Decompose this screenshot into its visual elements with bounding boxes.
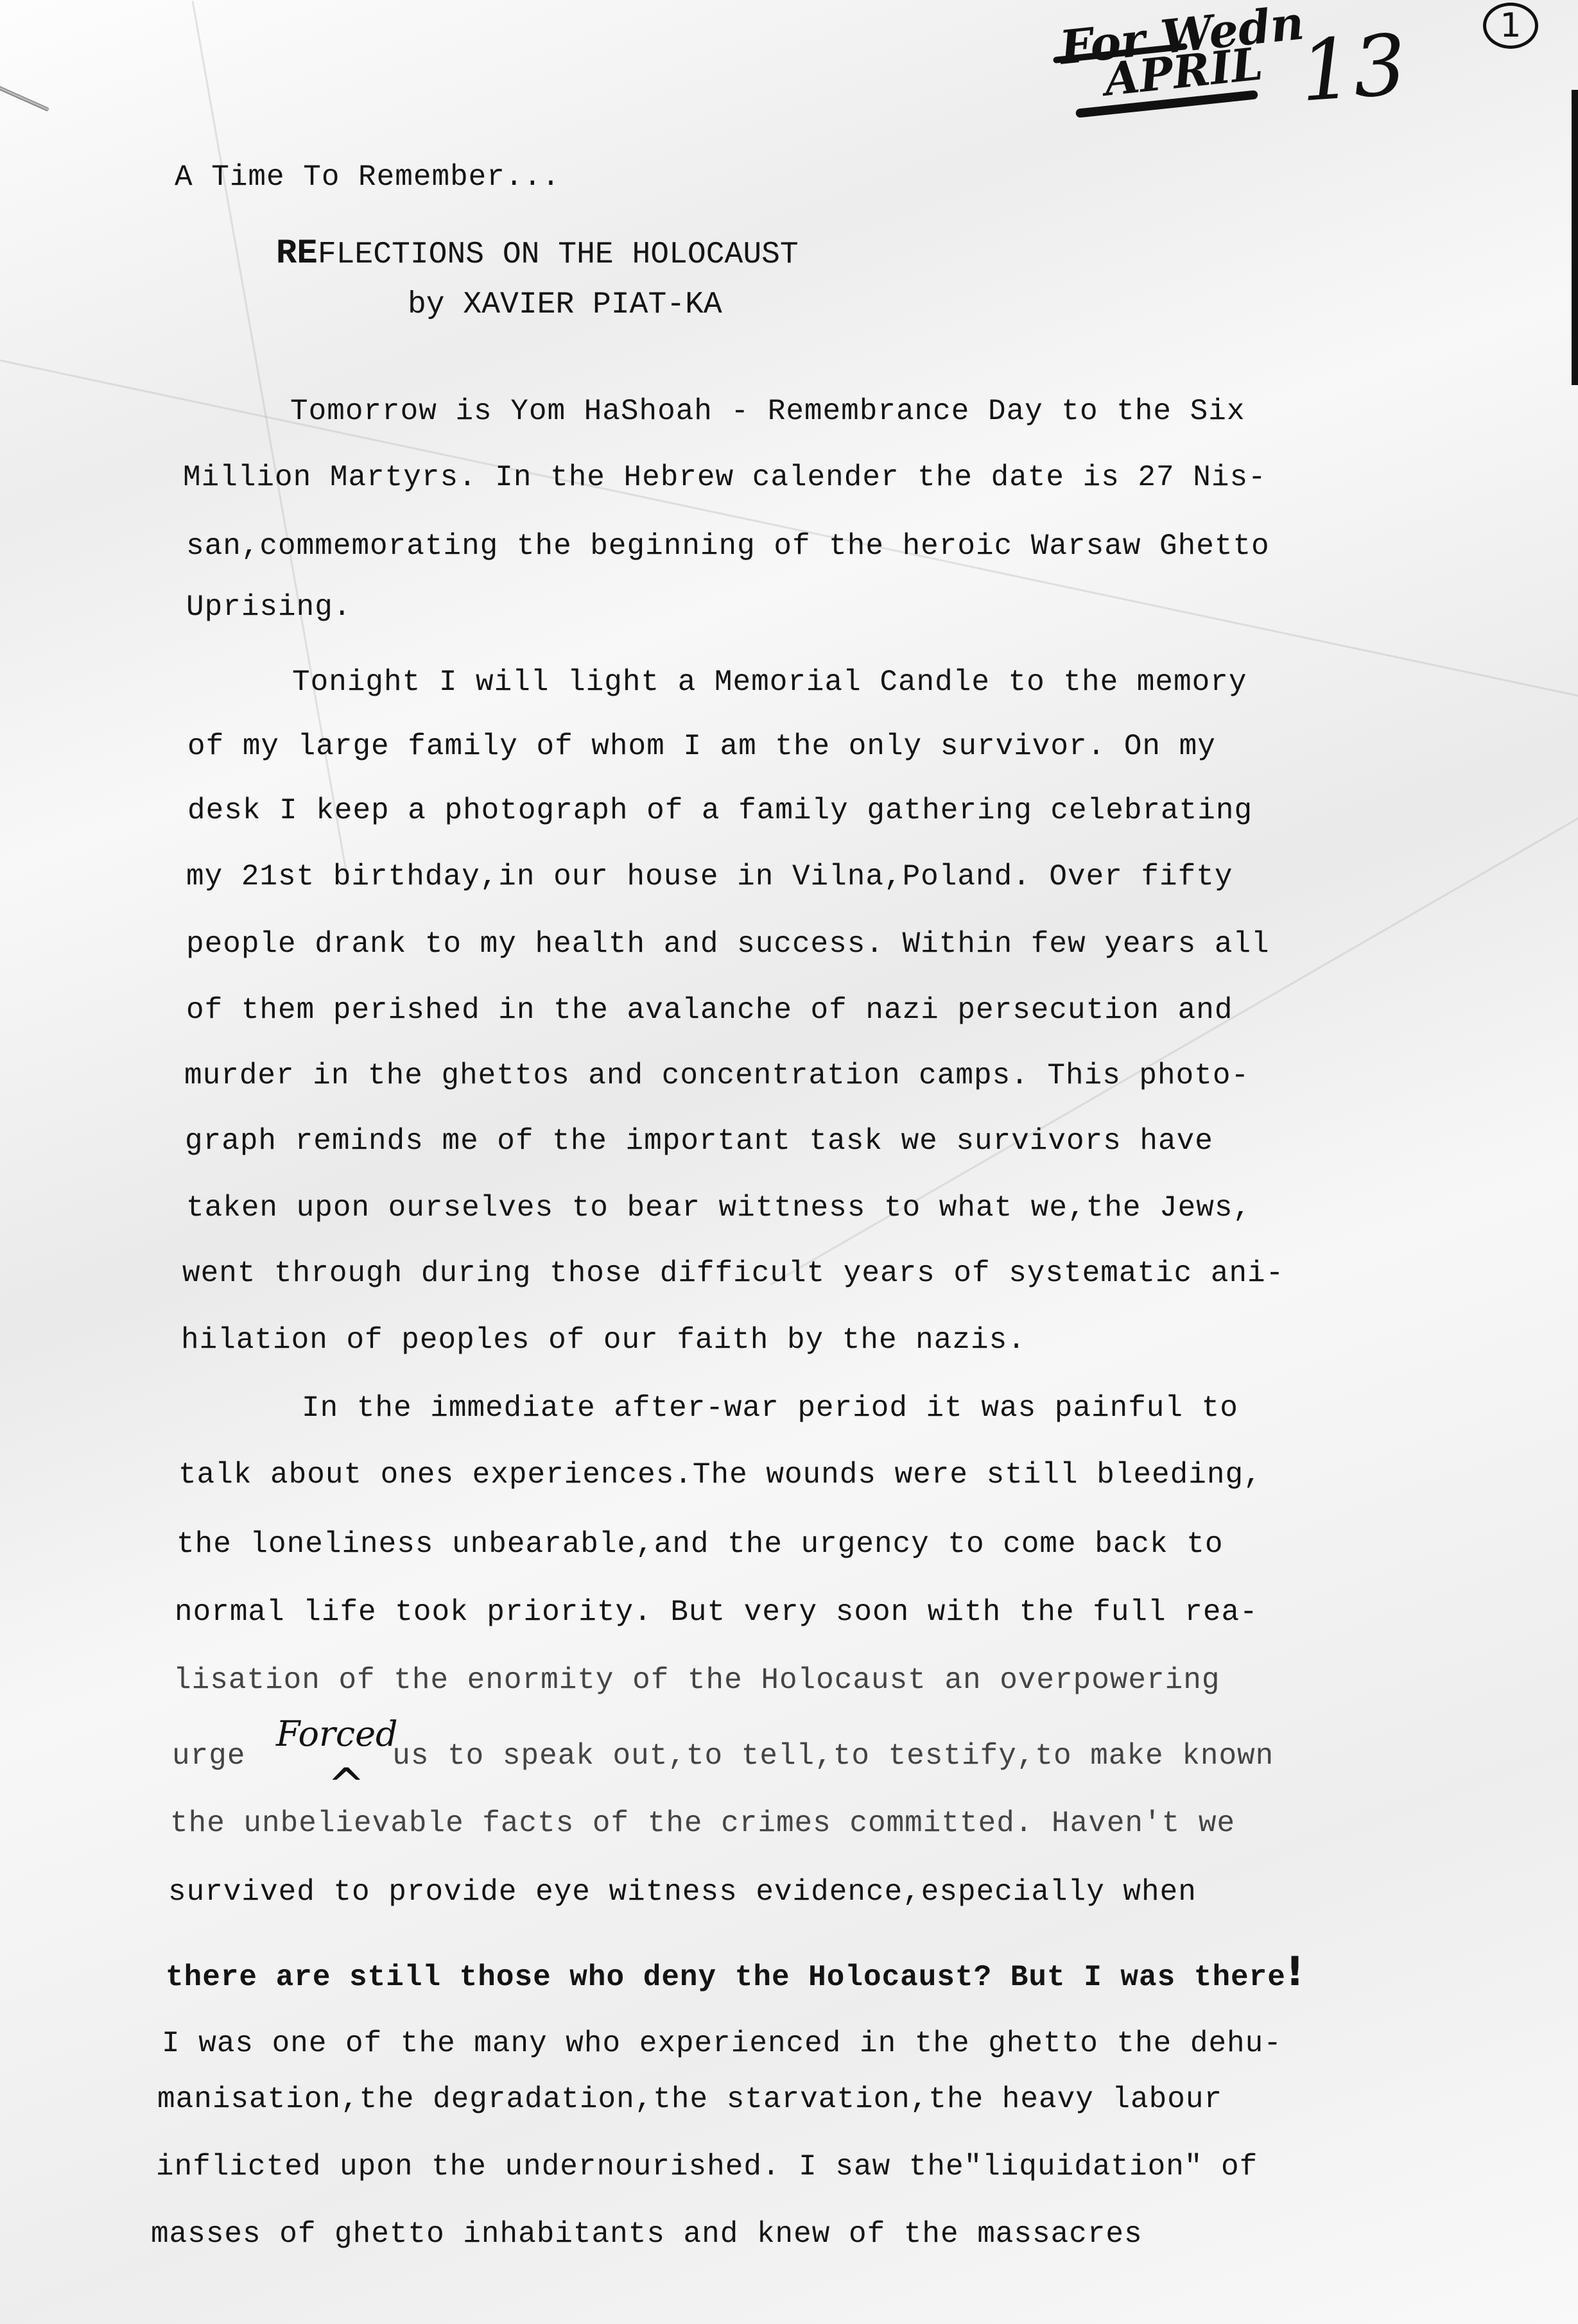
text-line: the unbelievable facts of the crimes com… — [170, 1807, 1235, 1840]
text-line: my 21st birthday,in our house in Vilna,P… — [186, 860, 1233, 893]
text-line: Million Martyrs. In the Hebrew calender … — [183, 461, 1267, 494]
page-edge-shadow — [1572, 90, 1578, 385]
text-line-content: there are still those who deny the Holoc… — [166, 1961, 1286, 1994]
text-line: taken upon ourselves to bear wittness to… — [186, 1191, 1251, 1225]
text-line: Uprising. — [186, 590, 351, 624]
text-line: desk I keep a photograph of a family gat… — [187, 794, 1253, 827]
handwritten-insertion: Forced — [276, 1714, 398, 1754]
text-line: Tonight I will light a Memorial Candle t… — [292, 666, 1247, 699]
text-line: went through during those difficult year… — [182, 1257, 1284, 1290]
text-line: hilation of peoples of our faith by the … — [181, 1323, 1026, 1357]
text-line: manisation,the degradation,the starvatio… — [157, 2083, 1222, 2116]
text-line: of them perished in the avalanche of naz… — [186, 994, 1233, 1027]
text-line: the loneliness unbearable,and the urgenc… — [177, 1528, 1223, 1561]
byline: by XAVIER PIAT-KA — [408, 288, 722, 322]
series-title: A Time To Remember... — [175, 160, 560, 194]
text-line: there are still those who deny the Holoc… — [166, 1948, 1305, 1995]
insertion-caret: ^ — [327, 1759, 365, 1811]
text-line: normal life took priority. But very soon… — [175, 1596, 1258, 1629]
article-title: REFLECTIONS ON THE HOLOCAUST — [276, 234, 799, 273]
title-prefix: RE — [276, 234, 318, 273]
text-line: of my large family of whom I am the only… — [187, 730, 1216, 763]
text-line: Tomorrow is Yom HaShoah - Remembrance Da… — [290, 395, 1245, 428]
title-rest: FLECTIONS ON THE HOLOCAUST — [318, 237, 799, 272]
text-line: lisation of the enormity of the Holocaus… — [173, 1664, 1220, 1697]
document-page: For Wedn APRIL 13 1 A Time To Remember..… — [0, 0, 1578, 2324]
text-line: survived to provide eye witness evidence… — [168, 1875, 1197, 1909]
text-line: graph reminds me of the important task w… — [185, 1124, 1213, 1158]
text-line: inflicted upon the undernourished. I saw… — [156, 2150, 1258, 2183]
text-line: people drank to my health and success. W… — [186, 927, 1270, 961]
page-number-circle: 1 — [1483, 3, 1538, 49]
text-line: masses of ghetto inhabitants and knew of… — [151, 2217, 1143, 2251]
text-line: I was one of the many who experienced in… — [162, 2027, 1282, 2060]
text-line: talk about ones experiences.The wounds w… — [178, 1458, 1262, 1492]
text-line: murder in the ghettos and concentration … — [184, 1059, 1249, 1092]
staple — [0, 85, 49, 112]
handwritten-exclamation: ! — [1286, 1948, 1305, 1995]
text-line: In the immediate after-war period it was… — [302, 1391, 1238, 1425]
text-line: san,commemorating the beginning of the h… — [186, 529, 1270, 563]
handwritten-day: 13 — [1297, 15, 1410, 120]
